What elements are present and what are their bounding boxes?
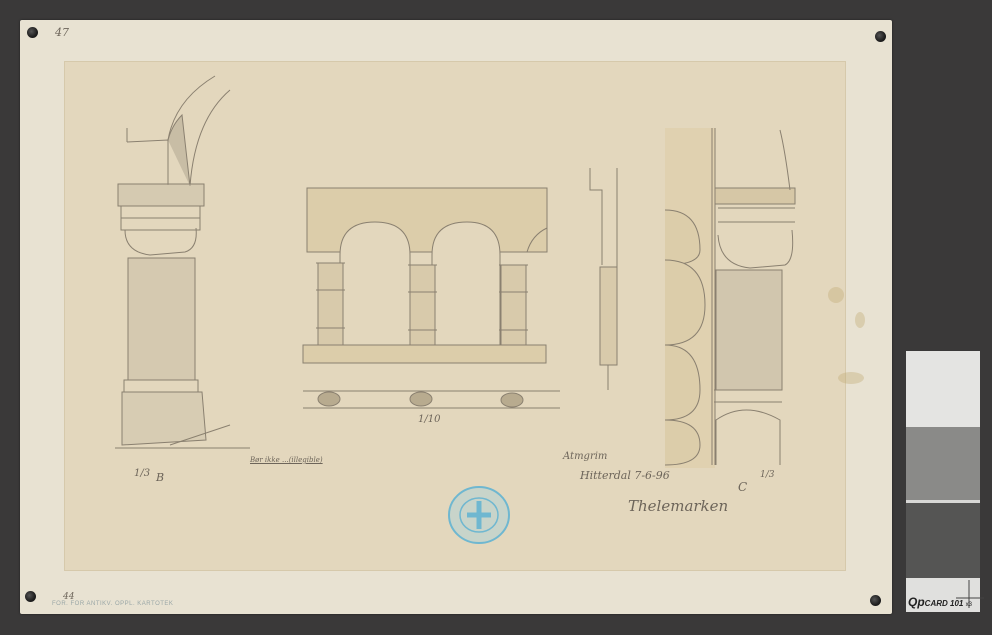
signature: Atmgrim (563, 451, 607, 462)
region-name: Thelemarken (628, 497, 728, 515)
place-date: Hitterdal 7-6-96 (580, 469, 670, 482)
card-brand: QpCARD 101 x3 (908, 595, 972, 609)
color-patch-dark (906, 503, 980, 578)
color-patch-gray (906, 427, 980, 500)
card-brand-prefix: Qp (908, 595, 925, 609)
drawing-c-scale: 1/3 (760, 470, 774, 480)
card-suffix: x3 (966, 602, 972, 608)
card-brand-name: CARD 101 (925, 599, 964, 608)
drawing-c-label: C (738, 480, 747, 494)
color-patch-white (906, 351, 980, 427)
museum-stamp (444, 483, 514, 547)
color-reference-card: QpCARD 101 x3 (906, 351, 980, 612)
